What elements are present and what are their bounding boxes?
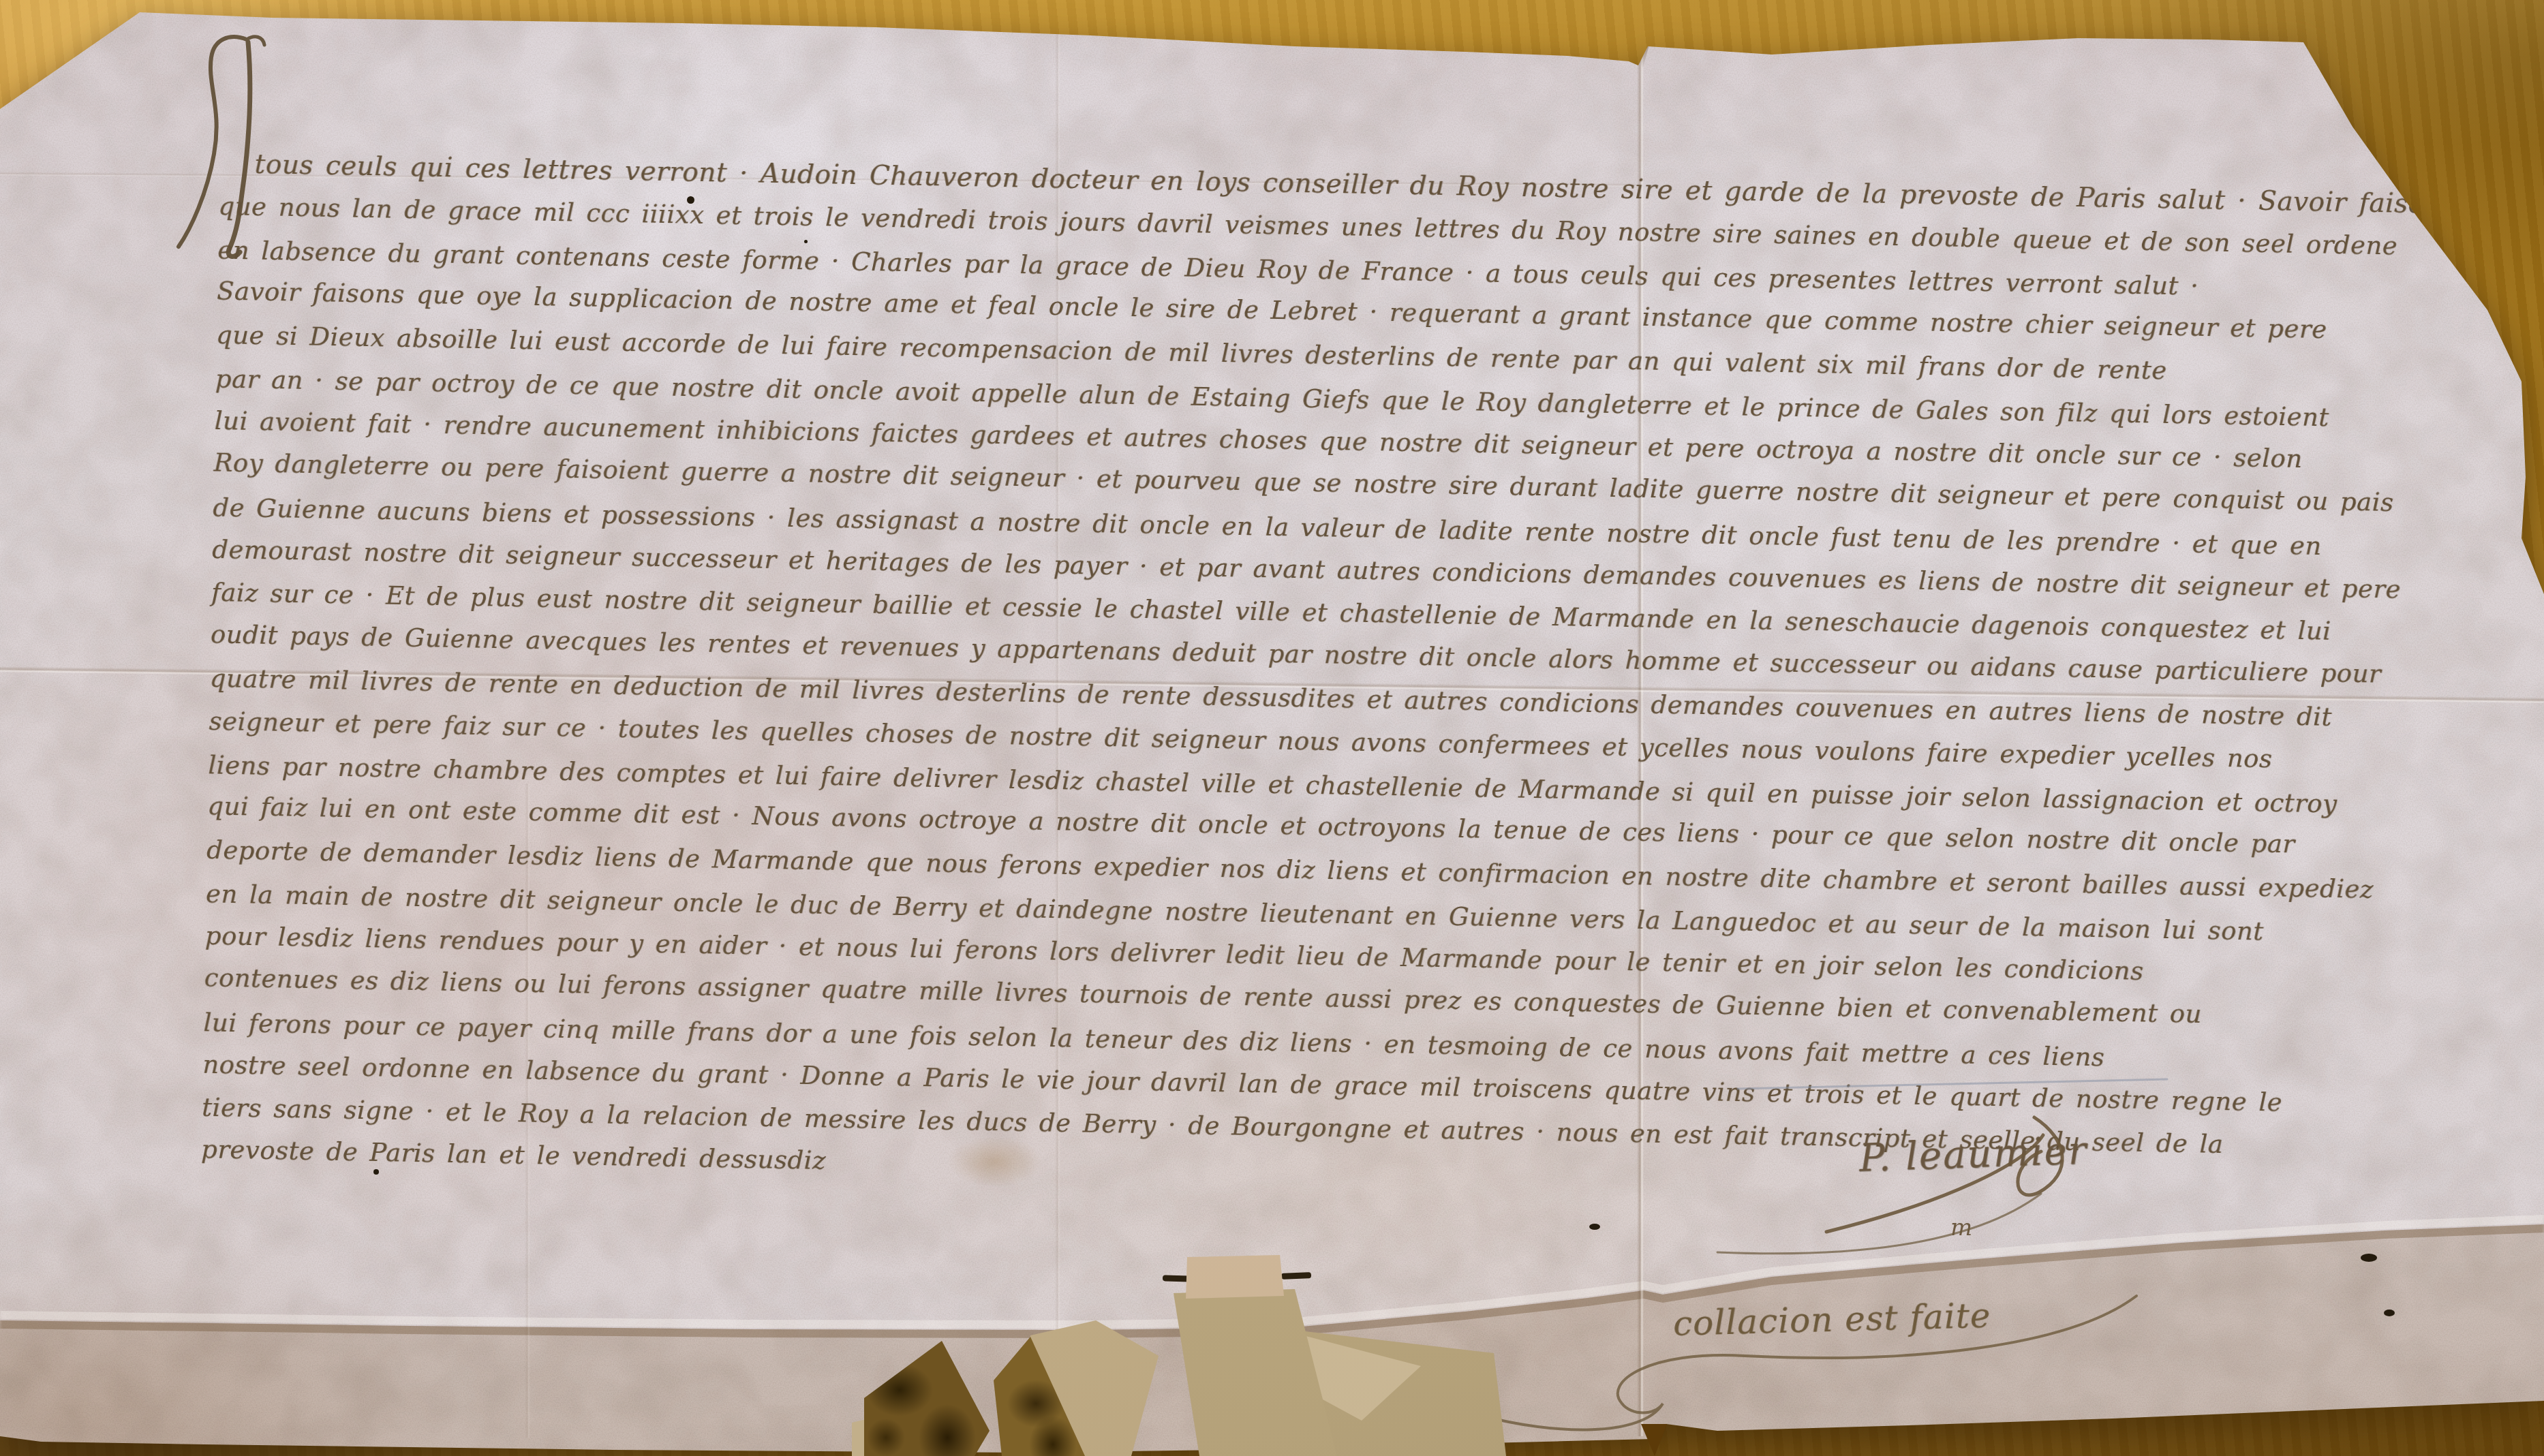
- seal-tags-cluster: [0, 0, 2544, 1456]
- seal-tag-dark-right: [0, 0, 2544, 1456]
- seal-tag-stub-above-slit: [0, 0, 2544, 1456]
- seal-tag-dark-left: [0, 0, 2544, 1456]
- photograph-of-charter: tous ceuls qui ces lettres verront · Aud…: [0, 0, 2544, 1456]
- seal-tag-main-threaded: [0, 0, 2544, 1456]
- seal-tag-light-triangle: [0, 0, 2544, 1456]
- seal-tag-small-left: [0, 0, 2544, 1456]
- plica-cut-notch: [0, 0, 2544, 1456]
- seal-tag-wide-right: [0, 0, 2544, 1456]
- seal-tag-folded-wedge: [0, 0, 2544, 1456]
